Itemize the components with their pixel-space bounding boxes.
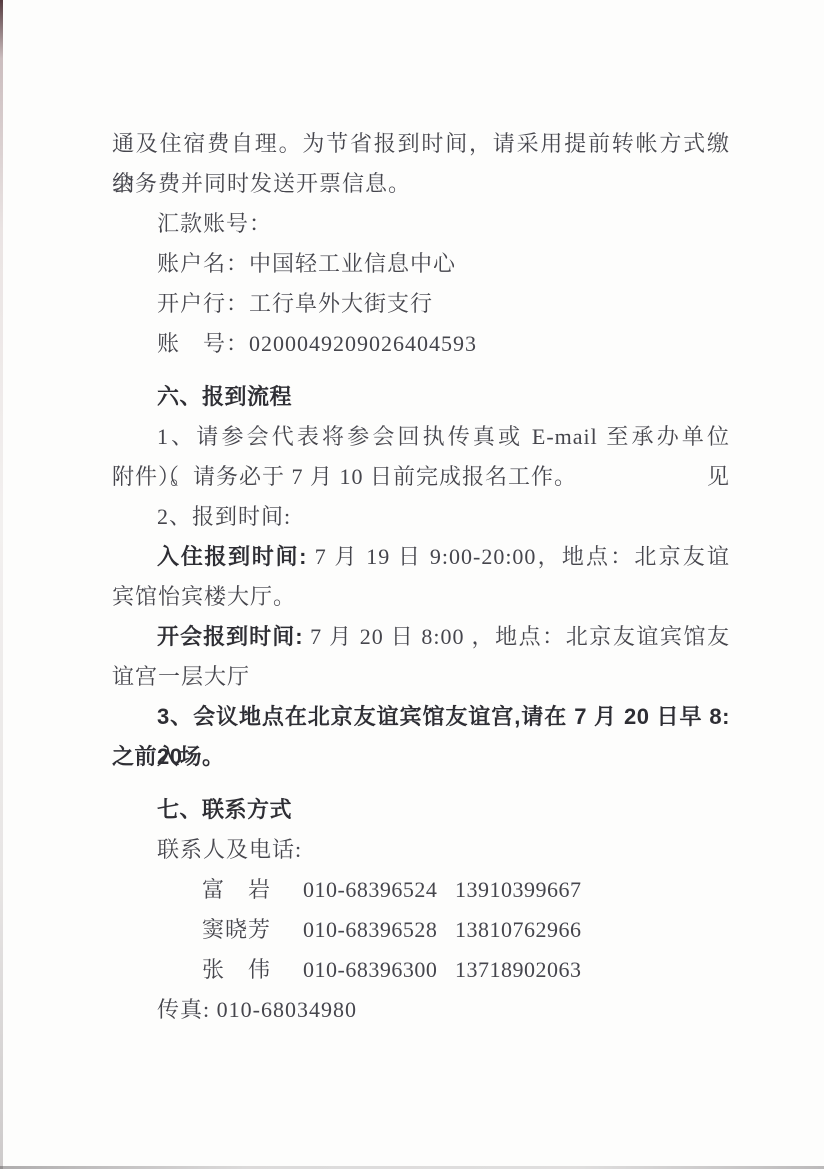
section6-item3-line1: 3、会议地点在北京友谊宾馆友谊宫,请在 7 月 20 日早 8: 20: [112, 697, 730, 737]
fee-paragraph-line2: 会务费并同时发送开票信息。: [112, 164, 730, 204]
bank-branch: 开户行：工行阜外大街支行: [112, 284, 730, 324]
remit-account-label: 汇款账号：: [112, 204, 730, 244]
contact-name: 窦晓芳: [202, 910, 303, 950]
contact-office-phone: 010-68396300: [303, 950, 455, 990]
contact-office-phone: 010-68396524: [303, 870, 455, 910]
section6-item1-line1: 1、请参会代表将参会回执传真或 E-mail 至承办单位（见: [112, 417, 730, 457]
contact-mobile-phone: 13910399667: [455, 870, 582, 910]
contact-mobile-phone: 13810762966: [455, 910, 582, 950]
meeting-time-detail: 7 月 20 日 8:00 ，地点：北京友谊宾馆友: [303, 624, 730, 649]
contact-row: 窦晓芳 010-68396528 13810762966: [112, 910, 730, 950]
document-body: 通及住宿费自理。为节省报到时间，请采用提前转帐方式缴纳 会务费并同时发送开票信息…: [112, 124, 730, 1030]
contact-row: 张 伟 010-68396300 13718902063: [112, 950, 730, 990]
checkin-time-label: 入住报到时间:: [157, 544, 307, 569]
contact-name: 张 伟: [202, 950, 303, 990]
section7-heading: 七、联系方式: [112, 790, 730, 830]
meeting-time-line1: 开会报到时间: 7 月 20 日 8:00 ，地点：北京友谊宾馆友: [112, 617, 730, 657]
contact-mobile-phone: 13718902063: [455, 950, 582, 990]
meeting-time-label: 开会报到时间:: [157, 624, 303, 649]
section6-item2: 2、报到时间:: [112, 497, 730, 537]
contact-office-phone: 010-68396528: [303, 910, 455, 950]
checkin-time-detail: 7 月 19 日 9:00-20:00，地点：北京友谊: [307, 544, 730, 569]
contact-intro: 联系人及电话:: [112, 830, 730, 870]
contact-row: 富 岩 010-68396524 13910399667: [112, 870, 730, 910]
section6-item3-line2: 之前入场。: [112, 737, 730, 777]
scan-edge-left-artifact: [0, 0, 3, 1169]
scanned-notice-page: { "document": { "fee_para": { "line1": "…: [0, 0, 824, 1169]
checkin-time-line2: 宾馆怡宾楼大厅。: [112, 577, 730, 617]
checkin-time-line1: 入住报到时间: 7 月 19 日 9:00-20:00，地点：北京友谊: [112, 537, 730, 577]
meeting-time-line2: 谊宫一层大厅: [112, 657, 730, 697]
section6-heading: 六、报到流程: [112, 377, 730, 417]
bank-account-number: 账 号：0200049209026404593: [112, 324, 730, 364]
fax-number: 传真: 010-68034980: [112, 990, 730, 1030]
fee-paragraph-line1: 通及住宿费自理。为节省报到时间，请采用提前转帐方式缴纳: [112, 124, 730, 164]
contact-name: 富 岩: [202, 870, 303, 910]
bank-account-name: 账户名：中国轻工业信息中心: [112, 244, 730, 284]
